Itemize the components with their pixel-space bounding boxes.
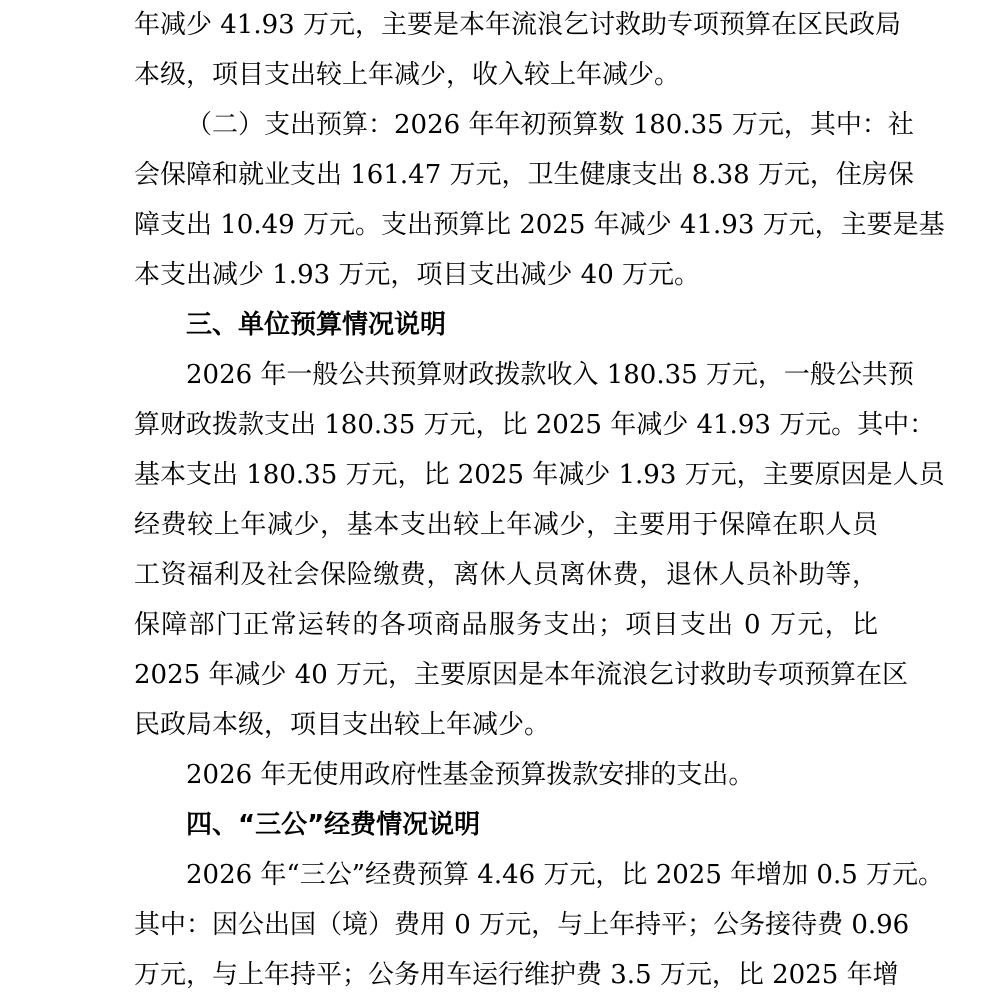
paragraph-line: 经费较上年减少，基本支出较上年减少，主要用于保障在职人员 [134, 500, 878, 550]
paragraph-line: 本支出减少 1.93 万元，项目支出减少 40 万元。 [134, 250, 878, 300]
paragraph-line: 保障部门正常运转的各项商品服务支出；项目支出 0 万元，比 [134, 600, 878, 650]
paragraph-line: 万元，与上年持平；公务用车运行维护费 3.5 万元，比 2025 年增 [134, 950, 878, 1000]
paragraph-line: 本级，项目支出较上年减少，收入较上年减少。 [134, 50, 878, 100]
paragraph-line: 2026 年“三公”经费预算 4.46 万元，比 2025 年增加 0.5 万元… [186, 850, 878, 900]
paragraph-line: 会保障和就业支出 161.47 万元，卫生健康支出 8.38 万元，住房保 [134, 150, 878, 200]
paragraph-line: 算财政拨款支出 180.35 万元，比 2025 年减少 41.93 万元。其中… [134, 400, 878, 450]
section-heading-unit-budget: 三、单位预算情况说明 [186, 300, 878, 350]
paragraph-line: 年减少 41.93 万元，主要是本年流浪乞讨救助专项预算在区民政局 [134, 0, 878, 50]
section-heading-three-public-expenses: 四、“三公”经费情况说明 [186, 800, 878, 850]
paragraph-line: 2026 年一般公共预算财政拨款收入 180.35 万元，一般公共预 [186, 350, 878, 400]
paragraph-line: 2026 年无使用政府性基金预算拨款安排的支出。 [186, 750, 878, 800]
paragraph-line: 民政局本级，项目支出较上年减少。 [134, 700, 878, 750]
paragraph-line: 2025 年减少 40 万元，主要原因是本年流浪乞讨救助专项预算在区 [134, 650, 878, 700]
paragraph-line: 其中：因公出国（境）费用 0 万元，与上年持平；公务接待费 0.96 [134, 900, 878, 950]
paragraph-line: 障支出 10.49 万元。支出预算比 2025 年减少 41.93 万元，主要是… [134, 200, 878, 250]
paragraph-line: 基本支出 180.35 万元，比 2025 年减少 1.93 万元，主要原因是人… [134, 450, 878, 500]
paragraph-line: 工资福利及社会保险缴费，离休人员离休费，退休人员补助等， [134, 550, 878, 600]
subsection-expenditure-budget: （二）支出预算：2026 年年初预算数 180.35 万元，其中：社 [186, 100, 878, 150]
